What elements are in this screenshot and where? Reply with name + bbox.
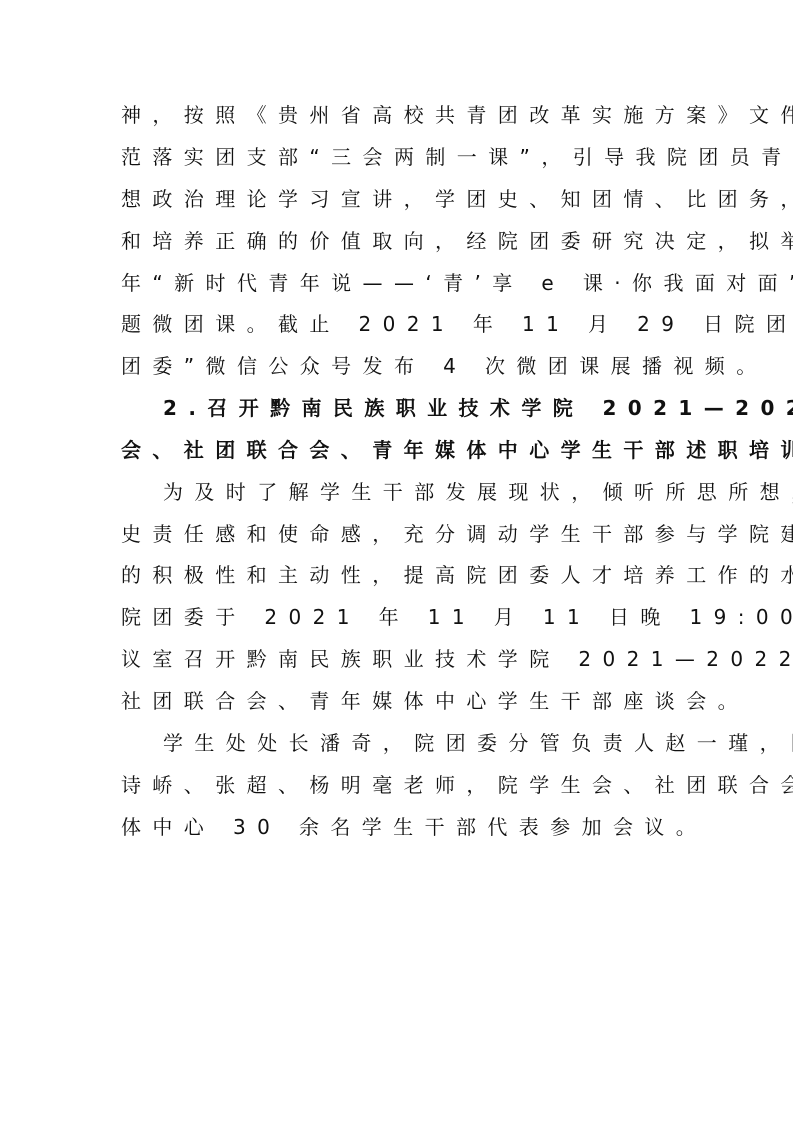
body-line-1: 神，按照《贵州省高校共青团改革实施方案》文件要求，规 <box>121 94 681 136</box>
body-line-14: 议室召开黔南民族职业技术学院 2021—2022 学年院学生会、 <box>121 638 681 680</box>
body-line-18: 体中心 30 余名学生干部代表参加会议。 <box>121 806 681 848</box>
body-line-11: 史责任感和使命感，充分调动学生干部参与学院建设、管理 <box>121 513 681 555</box>
body-line-17: 诗峤、张超、杨明毫老师，院学生会、社团联合会、青年媒 <box>121 764 681 806</box>
body-line-6: 题微团课。截止 2021 年 11 月 29 日院团委已在“黔南职院 <box>121 303 681 345</box>
body-line-5: 年“新时代青年说——‘青’享 e 课·你我面对面”网上主 <box>121 262 681 304</box>
body-line-16: 学生处处长潘奇，院团委分管负责人赵一瑾，院团委孟 <box>163 722 723 764</box>
body-line-12: 的积极性和主动性，提高院团委人才培养工作的水平和质量。 <box>121 554 681 596</box>
document-page: 神，按照《贵州省高校共青团改革实施方案》文件要求，规 范落实团支部“三会两制一课… <box>0 0 793 1122</box>
section-heading-line-2: 会、社团联合会、青年媒体中心学生干部述职培训会 <box>121 429 681 471</box>
body-line-2: 范落实团支部“三会两制一课”，引导我院团员青年投身思 <box>121 136 681 178</box>
body-line-10: 为及时了解学生干部发展现状，倾听所思所想，增强历 <box>163 471 723 513</box>
body-line-3: 想政治理论学习宣讲，学团史、知团情、比团务，牢固树立 <box>121 178 681 220</box>
body-line-7: 团委”微信公众号发布 4 次微团课展播视频。 <box>121 345 681 387</box>
section-heading-line-1: 2.召开黔南民族职业技术学院 2021—2022 学年院学生 <box>163 387 723 429</box>
body-line-13: 院团委于 2021 年 11 月 11 日晚 19:00 在知行楼六楼第二会 <box>121 596 681 638</box>
body-line-4: 和培养正确的价值取向，经院团委研究决定，拟举办 2021 <box>121 220 681 262</box>
body-line-15: 社团联合会、青年媒体中心学生干部座谈会。 <box>121 680 681 722</box>
